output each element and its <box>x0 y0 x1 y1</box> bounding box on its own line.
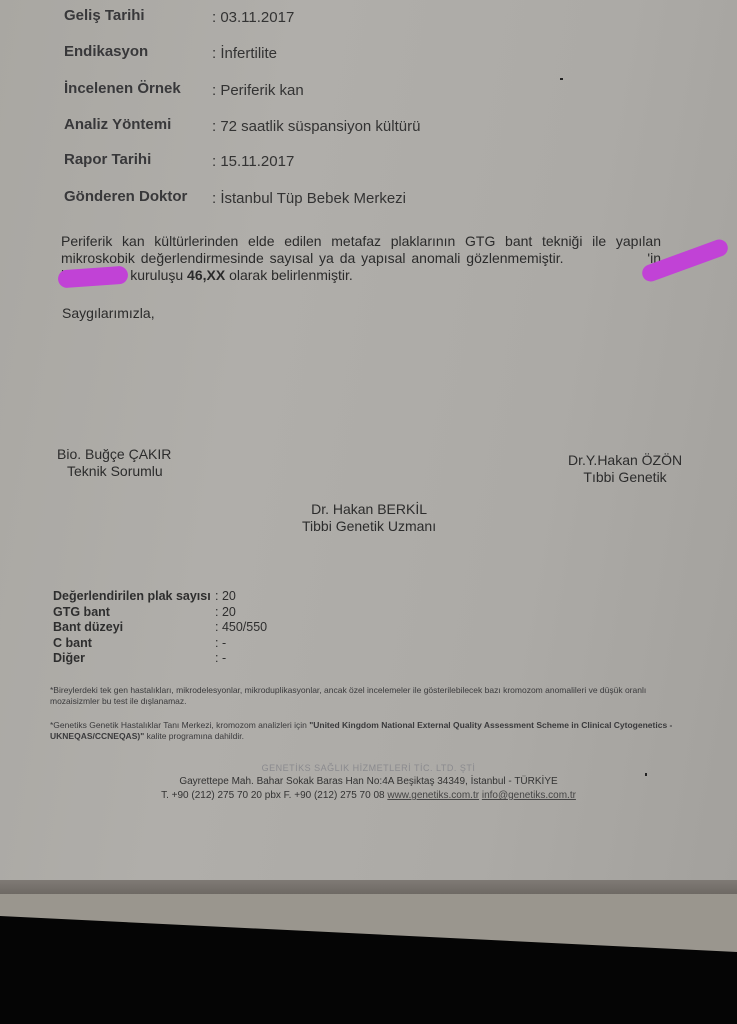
paragraph-part1: Periferik kan kültürlerinden elde edilen… <box>61 233 661 266</box>
note-suffix: kalite programına dahildir. <box>144 731 244 741</box>
field-value: : 15.11.2017 <box>212 153 294 170</box>
field-value: : Periferik kan <box>212 82 304 99</box>
footnote-quality: *Genetiks Genetik Hastalıklar Tanı Merke… <box>50 720 690 742</box>
stat-row: Değerlendirilen plak sayısı: 20 <box>53 589 211 605</box>
stat-label: Değerlendirilen plak sayısı <box>53 589 211 603</box>
analysis-stats: Değerlendirilen plak sayısı: 20 GTG bant… <box>53 589 211 667</box>
field-label: Rapor Tarihi <box>64 151 151 168</box>
paper-speck <box>560 78 563 80</box>
field-label: Gönderen Doktor <box>64 188 187 205</box>
paragraph-part3: olarak belirlenmiştir. <box>225 267 353 283</box>
stat-label: Diğer <box>53 651 85 665</box>
stat-value: : - <box>215 651 226 665</box>
footer-company: GENETİKS SAĞLIK HİZMETLERİ TİC. LTD. ŞTİ <box>0 763 737 773</box>
page-edge <box>0 880 737 894</box>
paper-speck <box>645 773 647 776</box>
field-value: : İnfertilite <box>212 45 277 62</box>
stat-label: Bant düzeyi <box>53 620 123 634</box>
stat-value: : 20 <box>215 589 236 603</box>
stat-value: : - <box>215 636 226 650</box>
footer-contact: T. +90 (212) 275 70 20 pbx F. +90 (212) … <box>0 790 737 801</box>
report-page: Geliş Tarihi : 03.11.2017 Endikasyon : İ… <box>0 0 737 880</box>
stat-row: Diğer: - <box>53 651 211 667</box>
field-label: Analiz Yöntemi <box>64 116 171 133</box>
stat-value: : 450/550 <box>215 620 267 634</box>
closing-text: Saygılarımızla, <box>62 305 155 321</box>
note-prefix: *Genetiks Genetik Hastalıklar Tanı Merke… <box>50 720 309 730</box>
field-label: Endikasyon <box>64 43 148 60</box>
stat-row: C bant: - <box>53 636 211 652</box>
field-label: İncelenen Örnek <box>64 80 181 97</box>
karyotype-result: 46,XX <box>187 267 225 283</box>
signature-technician: Bio. Buğçe ÇAKIR Teknik Sorumlu <box>57 446 171 480</box>
signer-title: Teknik Sorumlu <box>57 463 171 480</box>
redaction-mark <box>57 266 128 289</box>
stat-label: GTG bant <box>53 605 110 619</box>
signer-name: Bio. Buğçe ÇAKIR <box>57 446 171 463</box>
signature-geneticist-1: Dr.Y.Hakan ÖZÖN Tıbbi Genetik <box>568 452 682 486</box>
signer-title: Tıbbi Genetik <box>568 469 682 486</box>
underlying-page <box>0 894 737 1024</box>
stat-row: Bant düzeyi: 450/550 <box>53 620 211 636</box>
signer-name: Dr. Hakan BERKİL <box>302 501 436 518</box>
footer-website-link[interactable]: www.genetiks.com.tr <box>387 790 479 801</box>
signer-title: Tibbi Genetik Uzmanı <box>302 518 436 535</box>
field-label: Geliş Tarihi <box>64 7 145 24</box>
signer-name: Dr.Y.Hakan ÖZÖN <box>568 452 682 469</box>
field-value: : 72 saatlik süspansiyon kültürü <box>212 118 420 135</box>
signature-geneticist-2: Dr. Hakan BERKİL Tibbi Genetik Uzmanı <box>302 501 436 535</box>
footer-address: Gayrettepe Mah. Bahar Sokak Baras Han No… <box>0 776 737 787</box>
footer-phone: T. +90 (212) 275 70 20 pbx F. +90 (212) … <box>161 790 385 801</box>
field-value: : 03.11.2017 <box>212 9 294 26</box>
stat-value: : 20 <box>215 605 236 619</box>
result-paragraph: Periferik kan kültürlerinden elde edilen… <box>61 233 661 284</box>
field-value: : İstanbul Tüp Bebek Merkezi <box>212 190 406 207</box>
footer-email-link[interactable]: info@genetiks.com.tr <box>482 790 576 801</box>
stat-row: GTG bant: 20 <box>53 605 211 621</box>
stat-label: C bant <box>53 636 92 650</box>
footnote-limitations: *Bireylerdeki tek gen hastalıkları, mikr… <box>50 685 690 707</box>
